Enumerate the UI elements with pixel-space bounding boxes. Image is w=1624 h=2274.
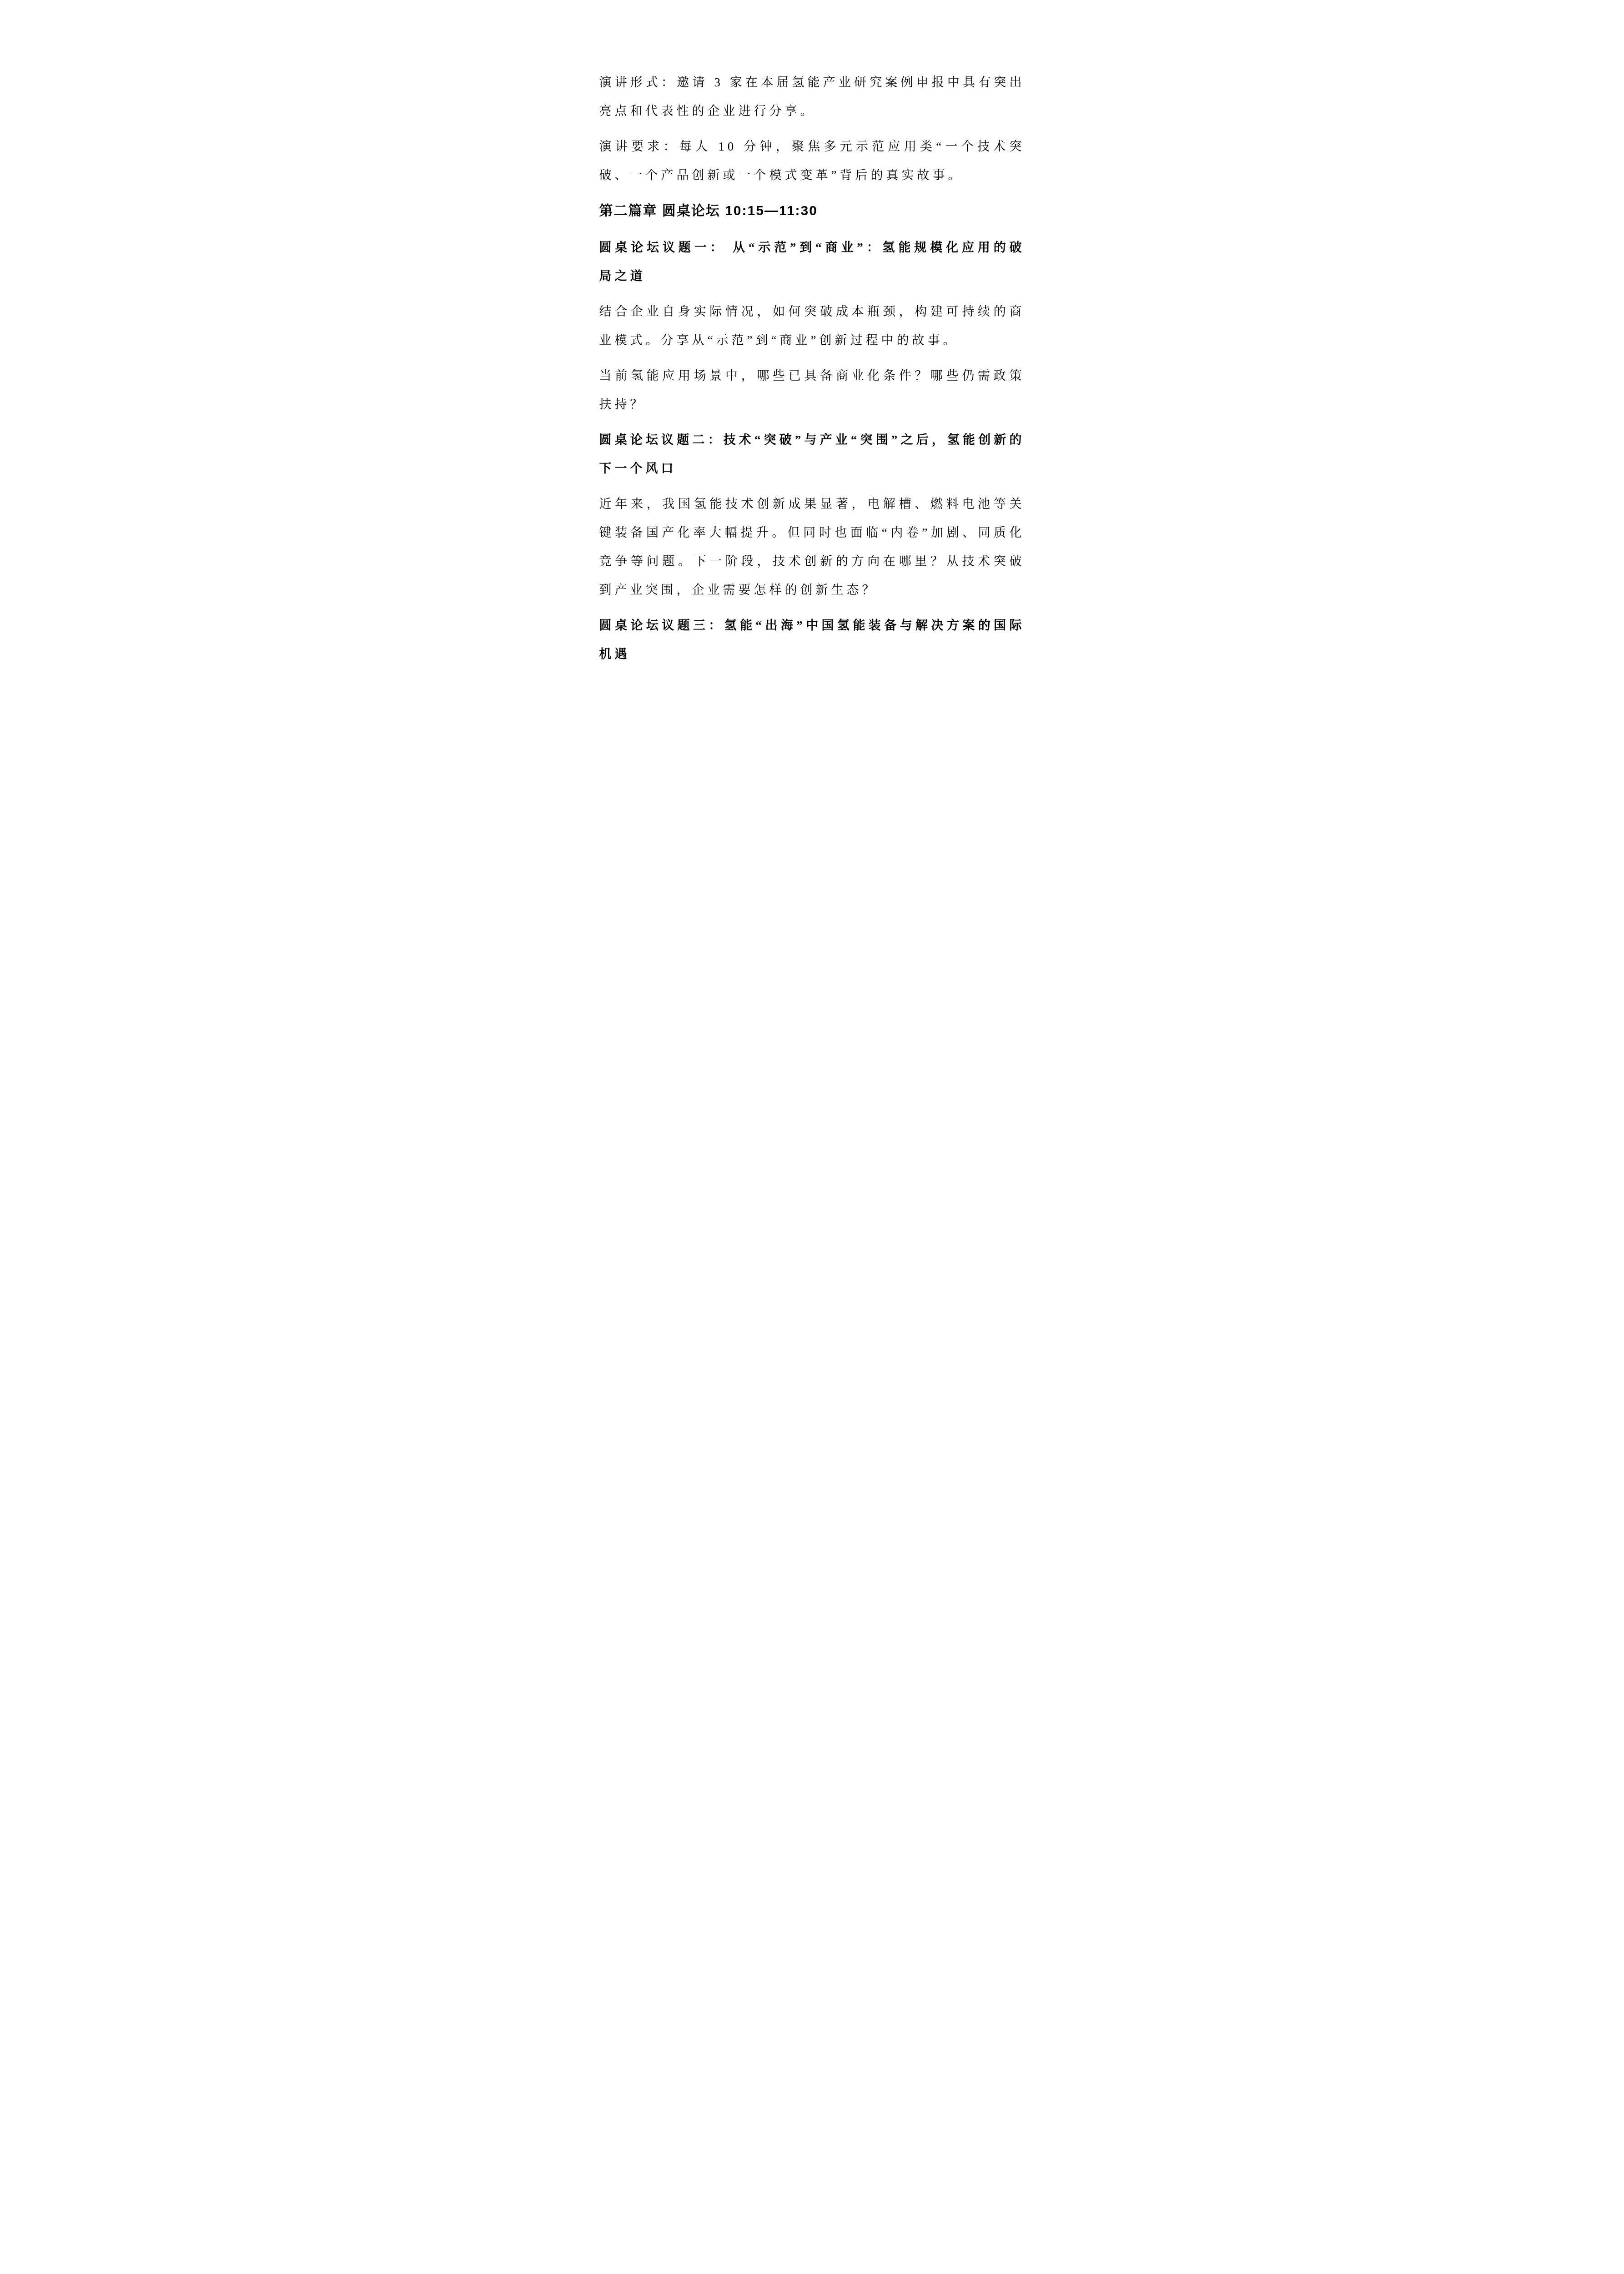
- topic-1-question-paragraph: 当前氢能应用场景中，哪些已具备商业化条件？哪些仍需政策扶持？: [599, 362, 1025, 419]
- roundtable-topic-2-heading: 圆桌论坛议题二：技术“突破”与产业“突围”之后，氢能创新的下一个风口: [599, 426, 1025, 483]
- document-page: 演讲形式：邀请 3 家在本届氢能产业研究案例申报中具有突出亮点和代表性的企业进行…: [542, 0, 1083, 766]
- roundtable-topic-3-heading: 圆桌论坛议题三：氢能“出海”中国氢能装备与解决方案的国际机遇: [599, 611, 1025, 669]
- topic-2-description-paragraph: 近年来，我国氢能技术创新成果显著，电解槽、燃料电池等关键装备国产化率大幅提升。但…: [599, 490, 1025, 604]
- speech-requirements-paragraph: 演讲要求：每人 10 分钟，聚焦多元示范应用类“一个技术突破、一个产品创新或一个…: [599, 132, 1025, 190]
- chapter-2-roundtable-heading: 第二篇章 圆桌论坛 10:15—11:30: [599, 196, 1025, 225]
- speech-format-paragraph: 演讲形式：邀请 3 家在本届氢能产业研究案例申报中具有突出亮点和代表性的企业进行…: [599, 68, 1025, 126]
- topic-1-description-paragraph: 结合企业自身实际情况，如何突破成本瓶颈，构建可持续的商业模式。分享从“示范”到“…: [599, 297, 1025, 355]
- roundtable-topic-1-heading: 圆桌论坛议题一： 从“示范”到“商业”：氢能规模化应用的破局之道: [599, 233, 1025, 291]
